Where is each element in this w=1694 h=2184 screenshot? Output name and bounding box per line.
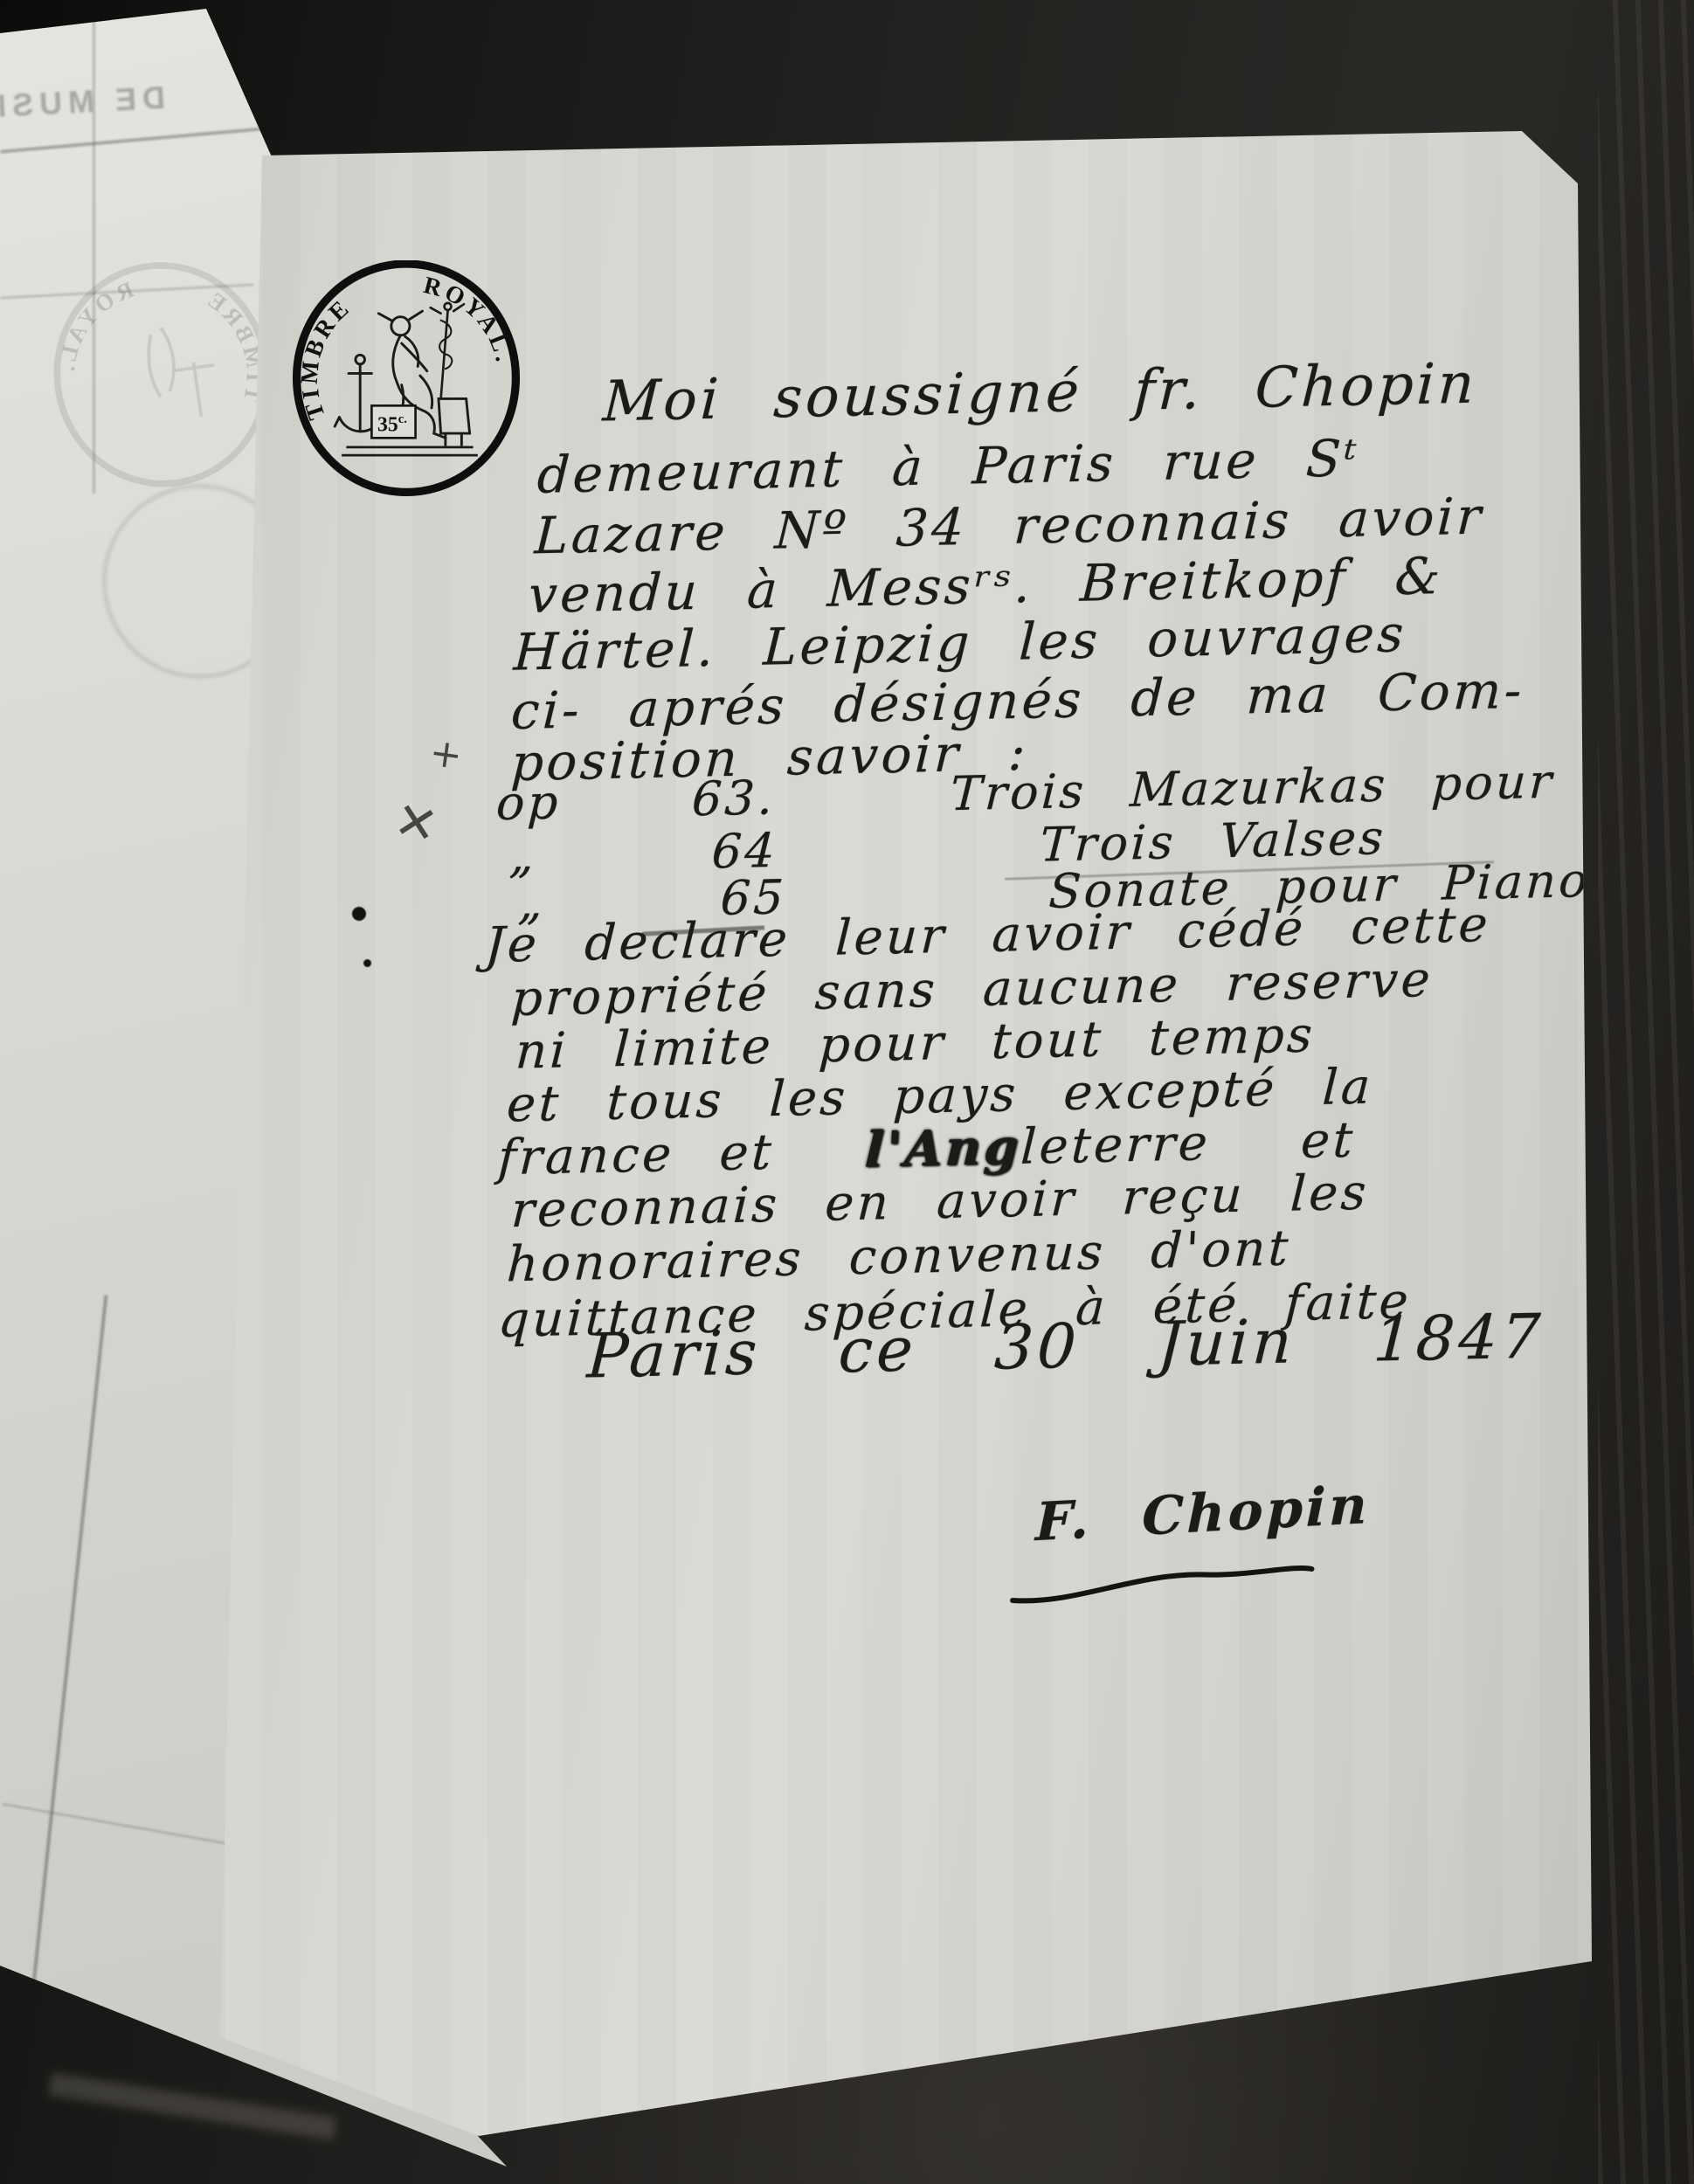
crease-line [27, 1295, 108, 2034]
ink-blot-word: l'Ang [863, 1118, 1022, 1179]
mirrored-print-text: DE MUSI [0, 79, 166, 125]
chalk-smudge [48, 2072, 336, 2139]
ghost-figure [144, 321, 221, 423]
pencil-cross-mark: + [427, 730, 466, 779]
timbre-text: TIMBRE [295, 293, 356, 423]
svg-text:TIMBRE: TIMBRE [295, 293, 356, 423]
ink-dot [363, 959, 371, 967]
ink-dot [352, 907, 366, 921]
ghost-stamp: TIMBRE ROYAL. [36, 248, 288, 504]
caduceus-icon [431, 303, 464, 399]
stamp-baseline [342, 447, 478, 455]
crease-line [0, 126, 274, 153]
stamp-value: 35 [377, 413, 398, 436]
stamp-value-unit: c. [398, 412, 407, 426]
revenue-stamp: TIMBRE ROYAL. [291, 260, 522, 498]
photo-background: DE MUSI TIMBRE ROYAL. [0, 0, 1694, 2184]
backdrop-streaks [1598, 0, 1694, 2184]
denomination-box: 35c. [371, 405, 415, 438]
